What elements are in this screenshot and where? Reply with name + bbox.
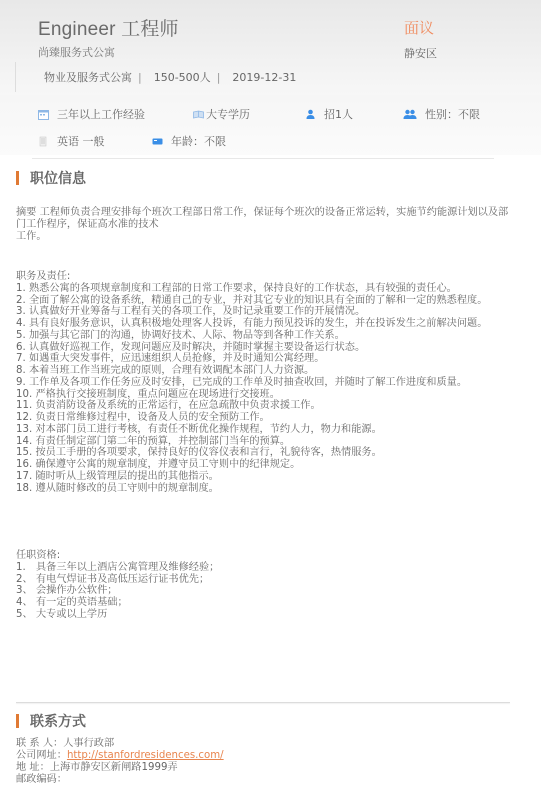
list-item: 12. 负责日常维修过程中，设备及人员的安全预防工作。 — [16, 412, 536, 424]
list-item: 15. 按员工手册的各项要求，保持良好的仪容仪表和言行，礼貌待客，热情服务。 — [16, 447, 536, 459]
location: 静安区 — [404, 45, 437, 61]
separator: | — [217, 71, 221, 84]
people-icon — [403, 109, 417, 120]
list-item: 5. 加强与其它部门的沟通，协调好技术、人际、物品等到各种工作关系。 — [16, 330, 536, 342]
responsibilities: 职务及责任: 1. 熟悉公寓的各项规章制度和工程部的日常工作要求，保持良好的工作… — [16, 271, 536, 494]
item-number: 4、 — [16, 597, 36, 609]
contact-info: 联 系 人：人事行政部 公司网址：http://stanfordresidenc… — [16, 738, 224, 786]
req-gender: 性别：不限 — [403, 106, 480, 122]
list-item: 13. 对本部门员工进行考核，有责任不断优化操作规程，节约人力，物力和能源。 — [16, 424, 536, 436]
address-row: 地 址：上海市静安区新闸路1999弄 — [16, 762, 224, 774]
req-headcount: 招1人 — [305, 106, 353, 122]
item-number: 1. — [16, 562, 36, 574]
list-item: 5、大专或以上学历 — [16, 609, 219, 621]
item-number: 5、 — [16, 609, 36, 621]
item-text: 会操作办公软件； — [36, 585, 118, 597]
accent-bar — [16, 714, 19, 728]
item-text: 具备三年以上酒店公寓管理及维修经验； — [36, 562, 219, 574]
job-header: Engineer 工程师 尚臻服务式公寓 面议 静安区 物业及服务式公寓 | 1… — [0, 0, 541, 95]
req-label: 招1人 — [324, 106, 353, 122]
list-item: 4、有一定的英语基础； — [16, 597, 219, 609]
contact-person-row: 联 系 人：人事行政部 — [16, 738, 224, 750]
job-summary: 摘要 工程师负责合理安排每个班次工程部日常工作，保证每个班次的设备正常运转，实施… — [16, 207, 536, 242]
req-label: 性别：不限 — [425, 106, 480, 122]
req-label: 大专学历 — [206, 106, 250, 122]
req-label: 年龄：不限 — [171, 133, 226, 149]
section-title-text: 职位信息 — [30, 168, 86, 188]
item-text: 有电气焊证书及高低压运行证书优先； — [36, 574, 209, 586]
company-size: 150-500人 — [154, 69, 211, 85]
req-age: 年龄：不限 — [152, 133, 226, 149]
item-number: 2、 — [16, 574, 36, 586]
item-number: 3、 — [16, 585, 36, 597]
list-item: 6. 认真做好巡视工作，发现问题应及时解决，并随时掌握主要设备运行状态。 — [16, 342, 536, 354]
list-item: 8. 本着当班工作当班完成的原则，合理有效调配本部门人力资源。 — [16, 365, 536, 377]
company-meta: 物业及服务式公寓 | 150-500人 | 2019-12-31 — [15, 62, 296, 92]
list-item: 10. 严格执行交接班制度，重点问题应在现场进行交接班。 — [16, 389, 536, 401]
list-item: 3、会操作办公软件； — [16, 585, 219, 597]
requirements-panel: 三年以上工作经验 大专学历 招1人 性别：不限 英语 一般 年龄：不限 — [0, 95, 541, 155]
req-label: 英语 一般 — [57, 133, 105, 149]
list-item: 16. 确保遵守公寓的规章制度，并遵守员工守则中的纪律规定。 — [16, 459, 536, 471]
list-item: 1. 熟悉公寓的各项规章制度和工程部的日常工作要求，保持良好的工作状态，具有较强… — [16, 283, 536, 295]
postcode-row: 邮政编码： — [16, 774, 224, 786]
person-icon — [305, 109, 316, 120]
website-link[interactable]: http://stanfordresidences.com/ — [67, 750, 224, 761]
req-label: 三年以上工作经验 — [57, 106, 145, 122]
list-item: 7. 如遇重大突发事件，应迅速组织人员抢修，并及时通知公寓经理。 — [16, 353, 536, 365]
section-title-text: 联系方式 — [30, 711, 86, 731]
separator: | — [138, 71, 142, 84]
calendar-icon — [38, 109, 49, 120]
req-experience: 三年以上工作经验 — [38, 106, 145, 122]
post-date: 2019-12-31 — [232, 71, 296, 84]
industry: 物业及服务式公寓 — [44, 69, 132, 85]
list-item: 14. 有责任制定部门第二年的预算，并控制部门当年的预算。 — [16, 436, 536, 448]
company-name[interactable]: 尚臻服务式公寓 — [38, 44, 115, 60]
req-education: 大专学历 — [193, 106, 250, 122]
qualifications-title: 任职资格: — [16, 550, 219, 562]
salary: 面议 — [404, 17, 434, 38]
qualifications: 任职资格: 1.具备三年以上酒店公寓管理及维修经验； 2、有电气焊证书及高低压运… — [16, 550, 219, 621]
list-item: 9. 工作单及各项工作任务应及时安排，已完成的工作单及时抽查收回，并随时了解工作… — [16, 377, 536, 389]
id-card-icon — [152, 136, 163, 147]
divider — [16, 702, 510, 703]
contact-person-label: 联 系 人： — [16, 738, 63, 749]
job-title: Engineer 工程师 — [38, 14, 179, 41]
section-title-job-info: 职位信息 — [16, 168, 86, 188]
address: 上海市静安区新闸路1999弄 — [50, 762, 178, 773]
item-text: 有一定的英语基础； — [36, 597, 128, 609]
contact-person: 人事行政部 — [63, 738, 114, 749]
summary-line: 工作。 — [16, 231, 536, 243]
summary-line: 门工作程序，保证高水准的技术 — [16, 219, 536, 231]
list-item: 18. 遵从随时修改的员工守则中的规章制度。 — [16, 483, 536, 495]
address-label: 地 址： — [16, 762, 50, 773]
list-item: 11. 负责消防设备及系统的正常运行，在应急疏散中负责求援工作。 — [16, 400, 536, 412]
accent-bar — [16, 171, 19, 185]
language-icon — [38, 136, 49, 147]
responsibilities-title: 职务及责任: — [16, 271, 536, 283]
list-item: 3. 认真做好开业筹备与工程有关的各项工作，及时记录重要工作的开展情况。 — [16, 306, 536, 318]
list-item: 2、有电气焊证书及高低压运行证书优先； — [16, 574, 219, 586]
item-text: 大专或以上学历 — [36, 609, 107, 621]
list-item: 4. 具有良好服务意识，认真积极地处理客人投诉，有能力预见投诉的发生，并在投诉发… — [16, 318, 536, 330]
website-label: 公司网址： — [16, 750, 67, 761]
section-title-contact: 联系方式 — [16, 711, 86, 731]
list-item: 17. 随时听从上级管理层的提出的其他指示。 — [16, 471, 536, 483]
divider — [32, 158, 494, 159]
summary-line: 摘要 工程师负责合理安排每个班次工程部日常工作，保证每个班次的设备正常运转，实施… — [16, 207, 536, 219]
req-language: 英语 一般 — [38, 133, 105, 149]
list-item: 1.具备三年以上酒店公寓管理及维修经验； — [16, 562, 219, 574]
book-icon — [193, 109, 204, 120]
list-item: 2. 全面了解公寓的设备系统，精通自己的专业，并对其它专业的知识具有全面的了解和… — [16, 295, 536, 307]
postcode-label: 邮政编码： — [16, 774, 67, 785]
website-row: 公司网址：http://stanfordresidences.com/ — [16, 750, 224, 762]
